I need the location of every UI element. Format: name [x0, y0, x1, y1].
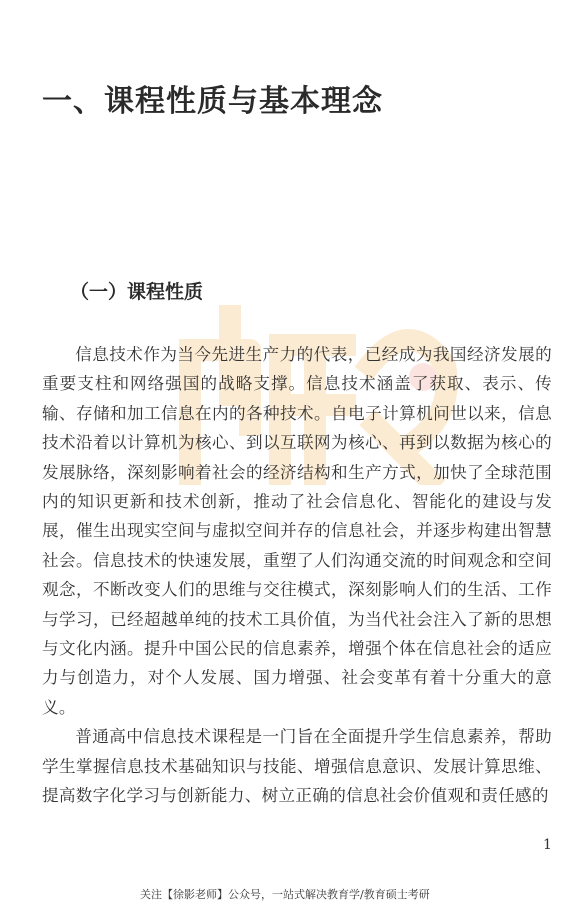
footer-note: 关注【徐影老师】公众号，一站式解决教育学/教育硕士考研 [140, 886, 430, 902]
page-number: 1 [543, 837, 552, 853]
paragraph: 信息技术作为当今先进生产力的代表，已经成为我国经济发展的重要支柱和网络强国的战略… [42, 340, 552, 722]
section-title: （一）课程性质 [70, 277, 203, 304]
body-text: 信息技术作为当今先进生产力的代表，已经成为我国经济发展的重要支柱和网络强国的战略… [42, 340, 552, 811]
chapter-title: 一、课程性质与基本理念 [42, 76, 383, 120]
document-page: 一、课程性质与基本理念 （一）课程性质 信息技术作为当今先进生产力的代表，已经成… [0, 0, 585, 924]
paragraph: 普通高中信息技术课程是一门旨在全面提升学生信息素养，帮助学生掌握信息技术基础知识… [42, 722, 552, 810]
